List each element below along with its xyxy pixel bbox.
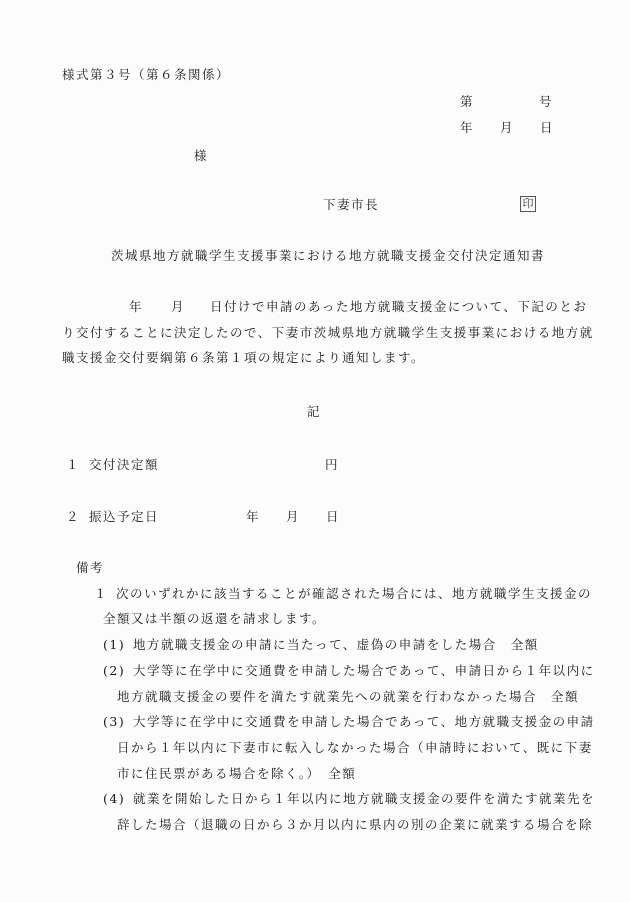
notes-heading: 備考 [76,562,104,575]
body-line-1: 日付けで申請のあった地方就職支援金について、下記のとお [210,301,587,314]
seal-mark: 印 [520,196,536,212]
subnote-1-number: (1) [103,639,125,652]
seal-icon: 印 [520,196,536,212]
note-1-line-1: 次のいずれかに該当することが確認された場合には、地方就職学生支援金の [116,588,592,601]
subnote-3-number: (3) [103,716,125,729]
body-line-2: り交付することに決定したので、下妻市茨城県地方就職学生支援事業における地方就 [62,327,594,340]
subnote-3-line-2: 日から１年以内に下妻市に転入しなかった場合（申請時において、既に下妻 [117,742,593,755]
subnote-3-line-3: 市に住民票がある場合を除く。） 全額 [117,768,356,781]
body-date-month: 月 [171,301,185,314]
issue-date-year: 年 [460,122,474,135]
item-2-number: ２ [66,511,80,524]
form-label: 様式第３号（第６条関係） [62,69,230,82]
document-title: 茨城県地方就職学生支援事業における地方就職支援金交付決定通知書 [111,250,545,263]
subnote-4-line-1: 就業を開始した日から１年以内に地方就職支援金の要件を満たす就業先を [133,793,595,806]
item-1-label: 交付決定額 [89,459,159,472]
addressee-suffix: 様 [194,150,208,163]
subnote-3-line-1: 大学等に在学中に交通費を申請した場合であって、地方就職支援金の申請 [133,716,595,729]
item-1-unit: 円 [325,459,339,472]
subnote-4-number: (4) [103,793,125,806]
note-1-line-2: 全額又は半額の返還を請求します。 [103,613,326,626]
item-2-label: 振込予定日 [89,511,159,524]
subnote-4-line-2: 辞した場合（退職の日から３か月以内に県内の別の企業に就業する場合を除 [117,819,593,832]
issue-date-month: 月 [500,122,514,135]
subnote-1-line-1: 地方就職支援金の申請に当たって、虚偽の申請をした場合 全額 [133,639,539,652]
subnote-2-line-1: 大学等に在学中に交通費を申請した場合であって、申請日から１年以内に [133,665,595,678]
item-2-month: 月 [286,511,300,524]
document-number-suffix: 号 [539,96,553,109]
note-1-number: １ [94,588,108,601]
body-line-3: 職支援金交付要綱第６条第１項の規定により通知します。 [62,352,425,365]
body-date-year: 年 [129,301,143,314]
item-1-number: １ [66,459,80,472]
item-2-year: 年 [246,511,260,524]
issue-date-day: 日 [540,122,554,135]
ki-heading: 記 [307,406,321,419]
subnote-2-line-2: 地方就職支援金の要件を満たす就業先への就業を行わなかった場合 全額 [117,691,579,704]
document-number-prefix: 第 [460,96,474,109]
issuer-name: 下妻市長 [323,199,379,212]
item-2-day: 日 [326,511,340,524]
subnote-2-number: (2) [103,665,125,678]
